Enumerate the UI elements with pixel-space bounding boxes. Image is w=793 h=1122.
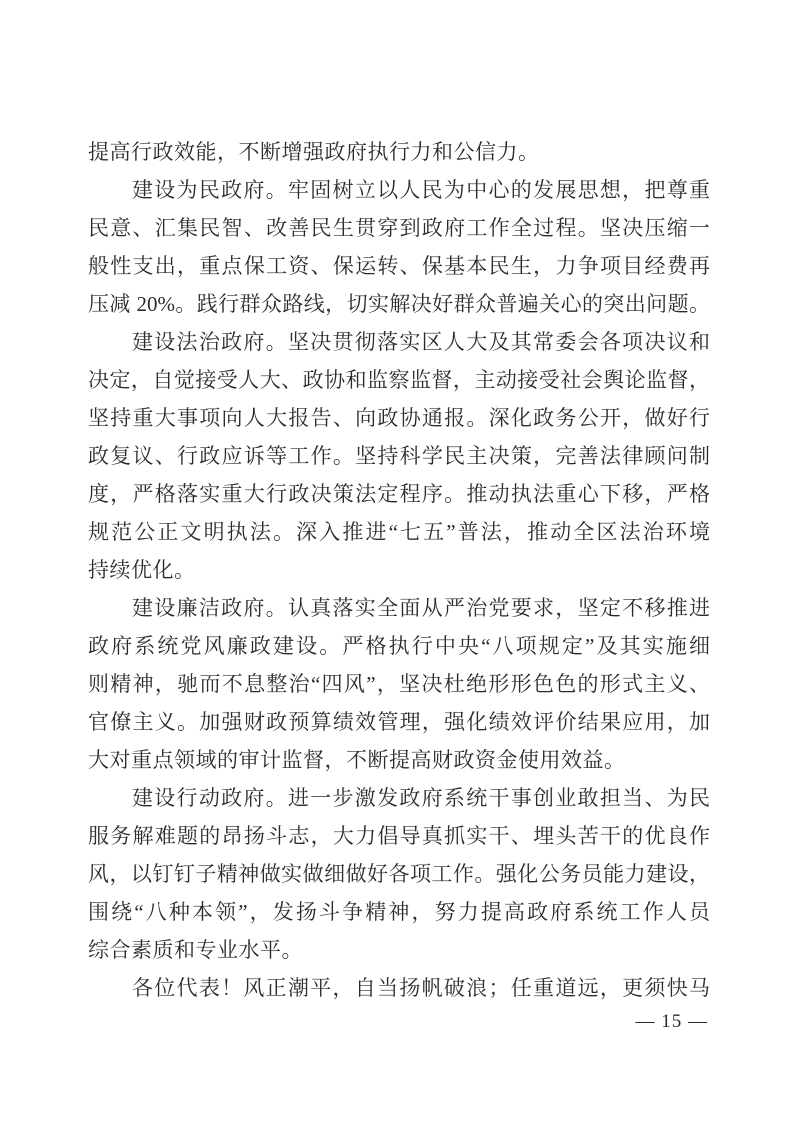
text-line: 则精神，驰而不息整治“四风”，坚决杜绝形形色色的形式主义、 [88,665,710,703]
page-number: — 15 — [636,1008,709,1036]
text-line: 决定，自觉接受人大、政协和监察监督，主动接受社会舆论监督， [88,361,710,399]
text-line: 政复议、行政应诉等工作。坚持科学民主决策，完善法律顾问制 [88,437,710,475]
text-line: 建设行动政府。进一步激发政府系统干事创业敢担当、为民 [88,779,710,817]
text-line: 度，严格落实重大行政决策法定程序。推动执法重心下移，严格 [88,475,710,513]
document-body: 提高行政效能，不断增强政府执行力和公信力。建设为民政府。牢固树立以人民为中心的发… [88,133,710,1007]
text-line: 建设法治政府。坚决贯彻落实区人大及其常委会各项决议和 [88,323,710,361]
text-line: 官僚主义。加强财政预算绩效管理，强化绩效评价结果应用，加 [88,703,710,741]
text-line: 围绕“八种本领”，发扬斗争精神，努力提高政府系统工作人员 [88,893,710,931]
document-page: 提高行政效能，不断增强政府执行力和公信力。建设为民政府。牢固树立以人民为中心的发… [0,0,793,1122]
text-line: 般性支出，重点保工资、保运转、保基本民生，力争项目经费再 [88,247,710,285]
text-line: 政府系统党风廉政建设。严格执行中央“八项规定”及其实施细 [88,627,710,665]
text-line: 综合素质和专业水平。 [88,931,710,969]
text-line: 提高行政效能，不断增强政府执行力和公信力。 [88,133,710,171]
text-line: 建设廉洁政府。认真落实全面从严治党要求，坚定不移推进 [88,589,710,627]
text-line: 坚持重大事项向人大报告、向政协通报。深化政务公开，做好行 [88,399,710,437]
text-line: 服务解难题的昂扬斗志，大力倡导真抓实干、埋头苦干的优良作 [88,817,710,855]
text-line: 大对重点领域的审计监督，不断提高财政资金使用效益。 [88,741,710,779]
text-line: 各位代表！风正潮平，自当扬帆破浪；任重道远，更须快马 [88,969,710,1007]
text-line: 风，以钉钉子精神做实做细做好各项工作。强化公务员能力建设， [88,855,710,893]
text-line: 压减 20%。践行群众路线，切实解决好群众普遍关心的突出问题。 [88,285,710,323]
text-line: 民意、汇集民智、改善民生贯穿到政府工作全过程。坚决压缩一 [88,209,710,247]
text-line: 规范公正文明执法。深入推进“七五”普法，推动全区法治环境 [88,513,710,551]
text-line: 建设为民政府。牢固树立以人民为中心的发展思想，把尊重 [88,171,710,209]
text-line: 持续优化。 [88,551,710,589]
